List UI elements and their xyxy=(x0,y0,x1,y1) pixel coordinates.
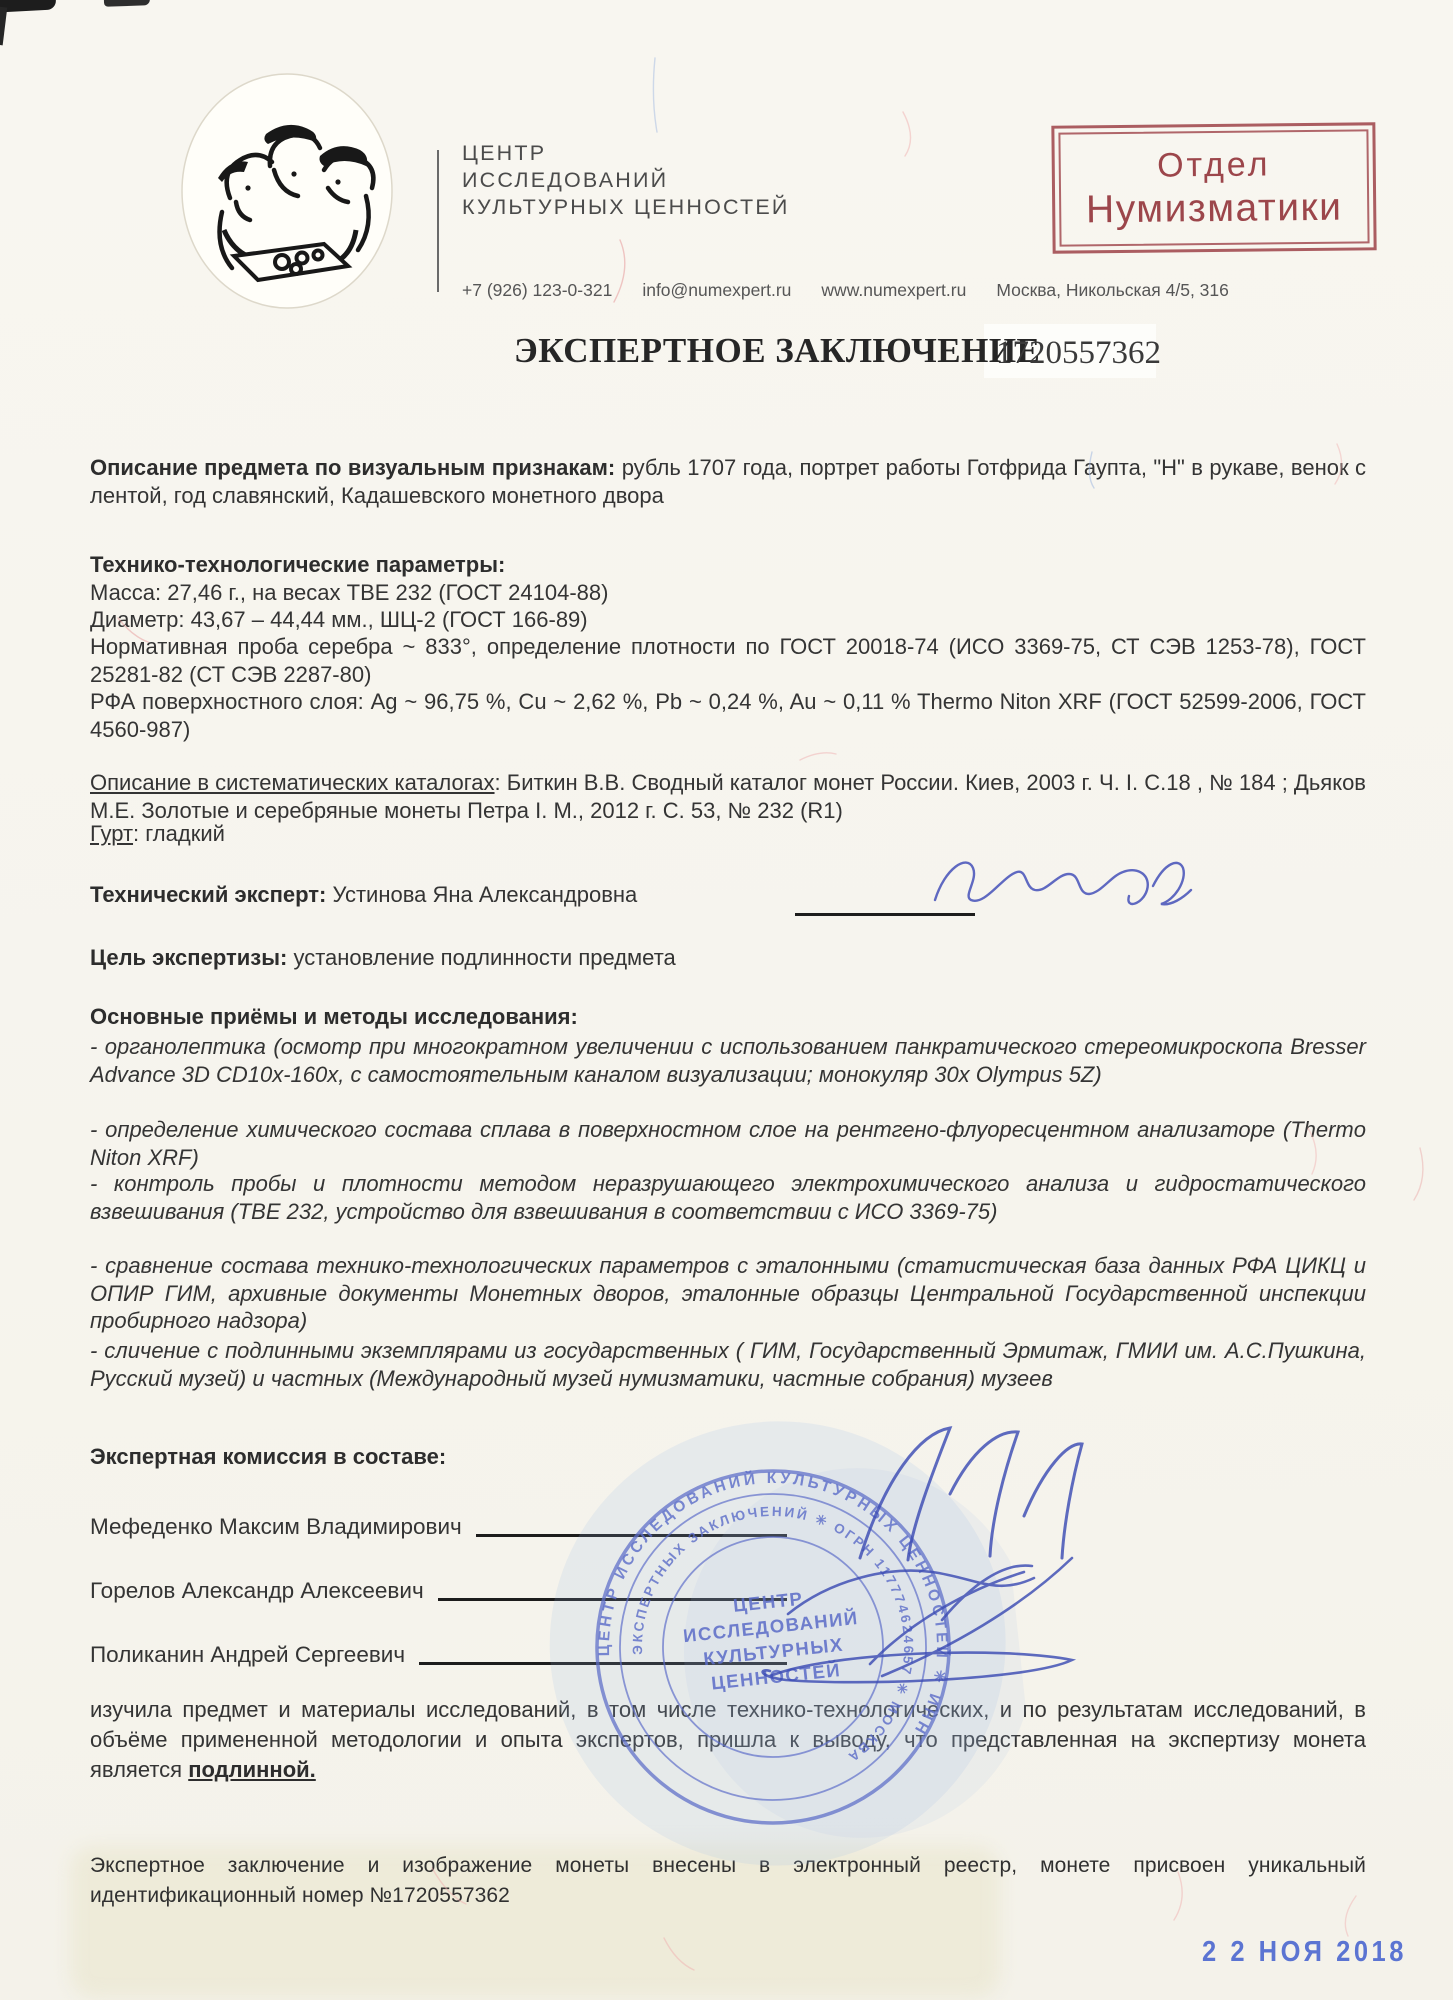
document-page: ЦЕНТР ИССЛЕДОВАНИЙ КУЛЬТУРНЫХ ЦЕННОСТЕЙ … xyxy=(0,0,1453,2000)
scan-artifacts xyxy=(0,0,1453,2000)
